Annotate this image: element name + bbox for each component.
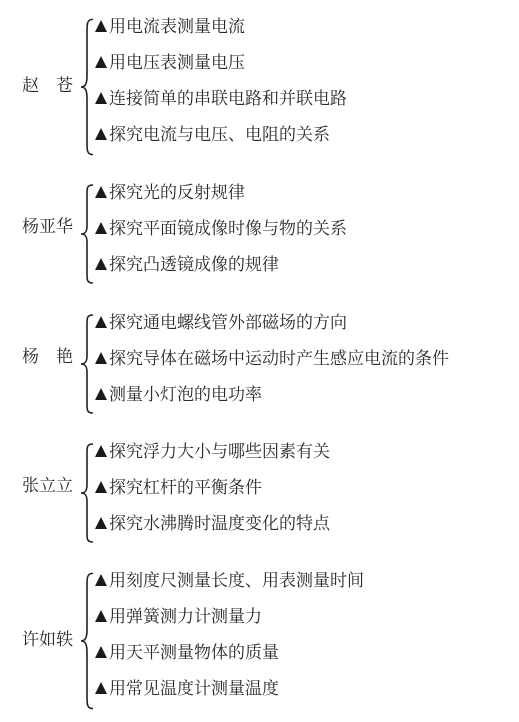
item-list: 探究通电螺线管外部磁场的方向 探究导体在磁场中运动时产生感应电流的条件 测量小灯… [95,312,449,420]
list-item: 用刻度尺测量长度、用表测量时间 [95,570,364,606]
item-list: 探究光的反射规律 探究平面镜成像时像与物的关系 探究凸透镜成像的规律 [95,182,347,290]
triangle-bullet-icon [95,20,107,32]
person-name: 赵 苍 [22,76,73,96]
list-item: 探究导体在磁场中运动时产生感应电流的条件 [95,348,449,384]
list-item: 用电压表测量电压 [95,52,347,88]
triangle-bullet-icon [95,388,107,400]
person-name: 张立立 [22,476,73,496]
list-item: 探究通电螺线管外部磁场的方向 [95,312,449,348]
list-item: 连接简单的串联电路和并联电路 [95,88,347,124]
item-list: 用刻度尺测量长度、用表测量时间 用弹簧测力计测量力 用天平测量物体的质量 用常见… [95,570,364,714]
curly-brace-icon [80,443,94,543]
triangle-bullet-icon [95,316,107,328]
triangle-bullet-icon [95,682,107,694]
group-yang-yan: 杨 艳 探究通电螺线管外部磁场的方向 探究导体在磁场中运动时产生感应电流的条件 … [0,312,519,422]
triangle-bullet-icon [95,258,107,270]
list-item: 用弹簧测力计测量力 [95,606,364,642]
triangle-bullet-icon [95,352,107,364]
list-item: 探究杠杆的平衡条件 [95,477,330,513]
person-name: 杨亚华 [22,217,73,237]
person-name: 杨 艳 [22,347,73,367]
triangle-bullet-icon [95,92,107,104]
list-item: 探究电流与电压、电阻的关系 [95,124,347,160]
list-item: 探究平面镜成像时像与物的关系 [95,218,347,254]
triangle-bullet-icon [95,222,107,234]
curly-brace-icon [80,184,94,284]
triangle-bullet-icon [95,610,107,622]
triangle-bullet-icon [95,56,107,68]
curly-brace-icon [80,314,94,414]
item-list: 用电流表测量电流 用电压表测量电压 连接简单的串联电路和并联电路 探究电流与电压… [95,16,347,160]
triangle-bullet-icon [95,128,107,140]
list-item: 用电流表测量电流 [95,16,347,52]
group-xu-ruyi: 许如轶 用刻度尺测量长度、用表测量时间 用弹簧测力计测量力 用天平测量物体的质量… [0,570,519,714]
list-item: 测量小灯泡的电功率 [95,384,449,420]
list-item: 用常见温度计测量温度 [95,678,364,714]
person-name: 许如轶 [22,630,73,650]
curly-brace-icon [80,572,94,710]
triangle-bullet-icon [95,517,107,529]
list-item: 探究光的反射规律 [95,182,347,218]
list-item: 用天平测量物体的质量 [95,642,364,678]
item-list: 探究浮力大小与哪些因素有关 探究杠杆的平衡条件 探究水沸腾时温度变化的特点 [95,441,330,549]
list-item: 探究水沸腾时温度变化的特点 [95,513,330,549]
triangle-bullet-icon [95,186,107,198]
group-zhang-lili: 张立立 探究浮力大小与哪些因素有关 探究杠杆的平衡条件 探究水沸腾时温度变化的特… [0,441,519,551]
list-item: 探究凸透镜成像的规律 [95,254,347,290]
group-zhao-cang: 赵 苍 用电流表测量电流 用电压表测量电压 连接简单的串联电路和并联电路 探究电… [0,16,519,160]
triangle-bullet-icon [95,481,107,493]
triangle-bullet-icon [95,574,107,586]
list-item: 探究浮力大小与哪些因素有关 [95,441,330,477]
triangle-bullet-icon [95,646,107,658]
curly-brace-icon [80,18,94,156]
triangle-bullet-icon [95,445,107,457]
group-yang-yahua: 杨亚华 探究光的反射规律 探究平面镜成像时像与物的关系 探究凸透镜成像的规律 [0,182,519,292]
